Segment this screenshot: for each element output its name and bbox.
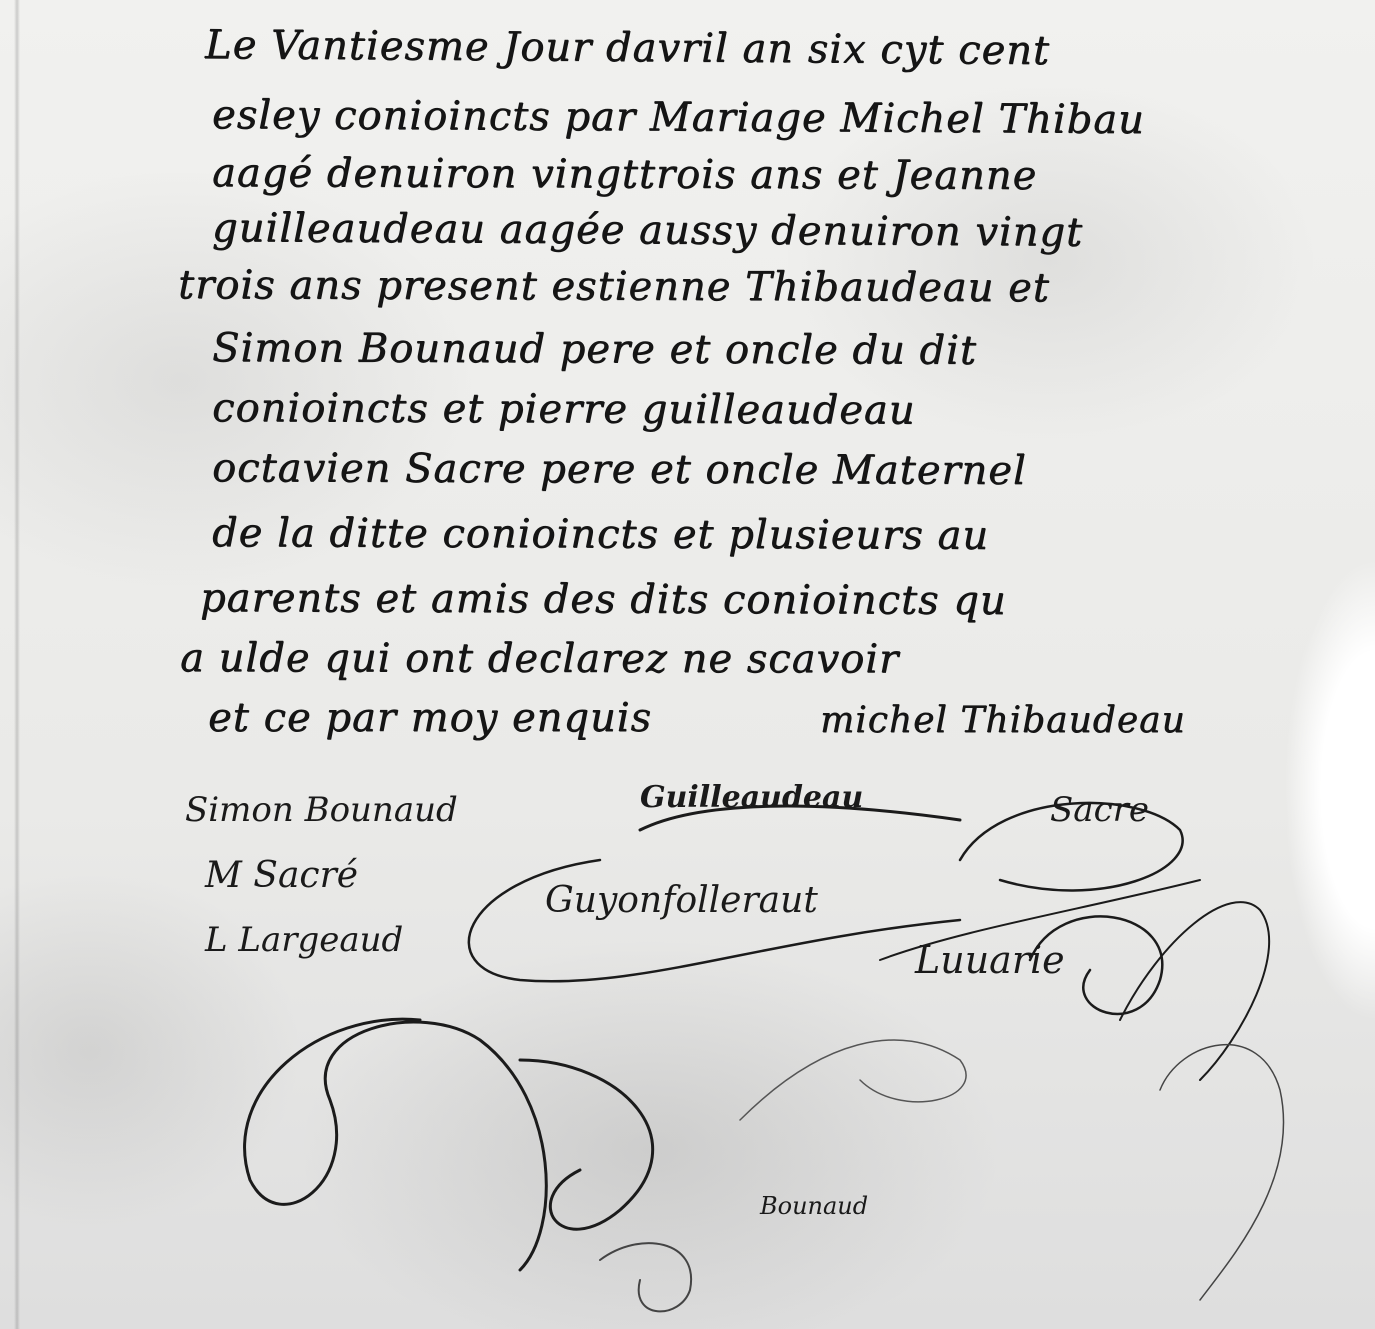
record-line-7: conioincts et pierre guilleaudeau [212, 385, 916, 433]
record-line-5: trois ans present estienne Thibaudeau et [178, 262, 1050, 311]
record-line-8: octavien Sacre pere et oncle Maternel [212, 445, 1027, 494]
scanned-document-page: Le Vantiesme Jour davril an six cyt cent… [0, 0, 1375, 1329]
signature-guilleaudeau: Guilleaudeau [640, 780, 863, 815]
signature-guyonfolleraut: Guyonfolleraut [545, 880, 818, 921]
record-line-11: a ulde qui ont declarez ne scavoir [180, 635, 899, 682]
record-line-9: de la ditte conioincts et plusieurs au [212, 510, 989, 559]
record-line-3: aagé denuiron vingttrois ans et Jeanne [212, 150, 1037, 199]
record-line-2: esley conioincts par Mariage Michel Thib… [212, 92, 1145, 143]
record-line-6: Simon Bounaud pere et oncle du dit [212, 325, 977, 374]
record-line-12: et ce par moy enquis [208, 695, 652, 741]
marriage-record-text: Le Vantiesme Jour davril an six cyt cent… [0, 0, 1375, 780]
signature-luuarie: Luuarie [915, 938, 1065, 982]
signatures-block: Simon Bounaud Guilleaudeau Sacre M Sacré… [0, 760, 1375, 1329]
signature-bounaud-lower: Bounaud [760, 1192, 868, 1220]
signature-simon-bounaud: Simon Bounaud [185, 790, 458, 830]
signature-sacre: Sacre [1050, 790, 1149, 830]
signature-l-largeaud: L Largeaud [205, 920, 403, 960]
inline-signature-michel-thibaudeau: michel Thibaudeau [820, 700, 1186, 741]
record-line-10: parents et amis des dits conioincts qu [200, 575, 1007, 624]
record-line-1: Le Vantiesme Jour davril an six cyt cent [205, 22, 1050, 74]
record-line-4: guilleaudeau aagée aussy denuiron vingt [212, 205, 1083, 256]
signature-flourishes [0, 760, 1375, 1329]
signature-m-sacre: M Sacré [205, 855, 358, 896]
